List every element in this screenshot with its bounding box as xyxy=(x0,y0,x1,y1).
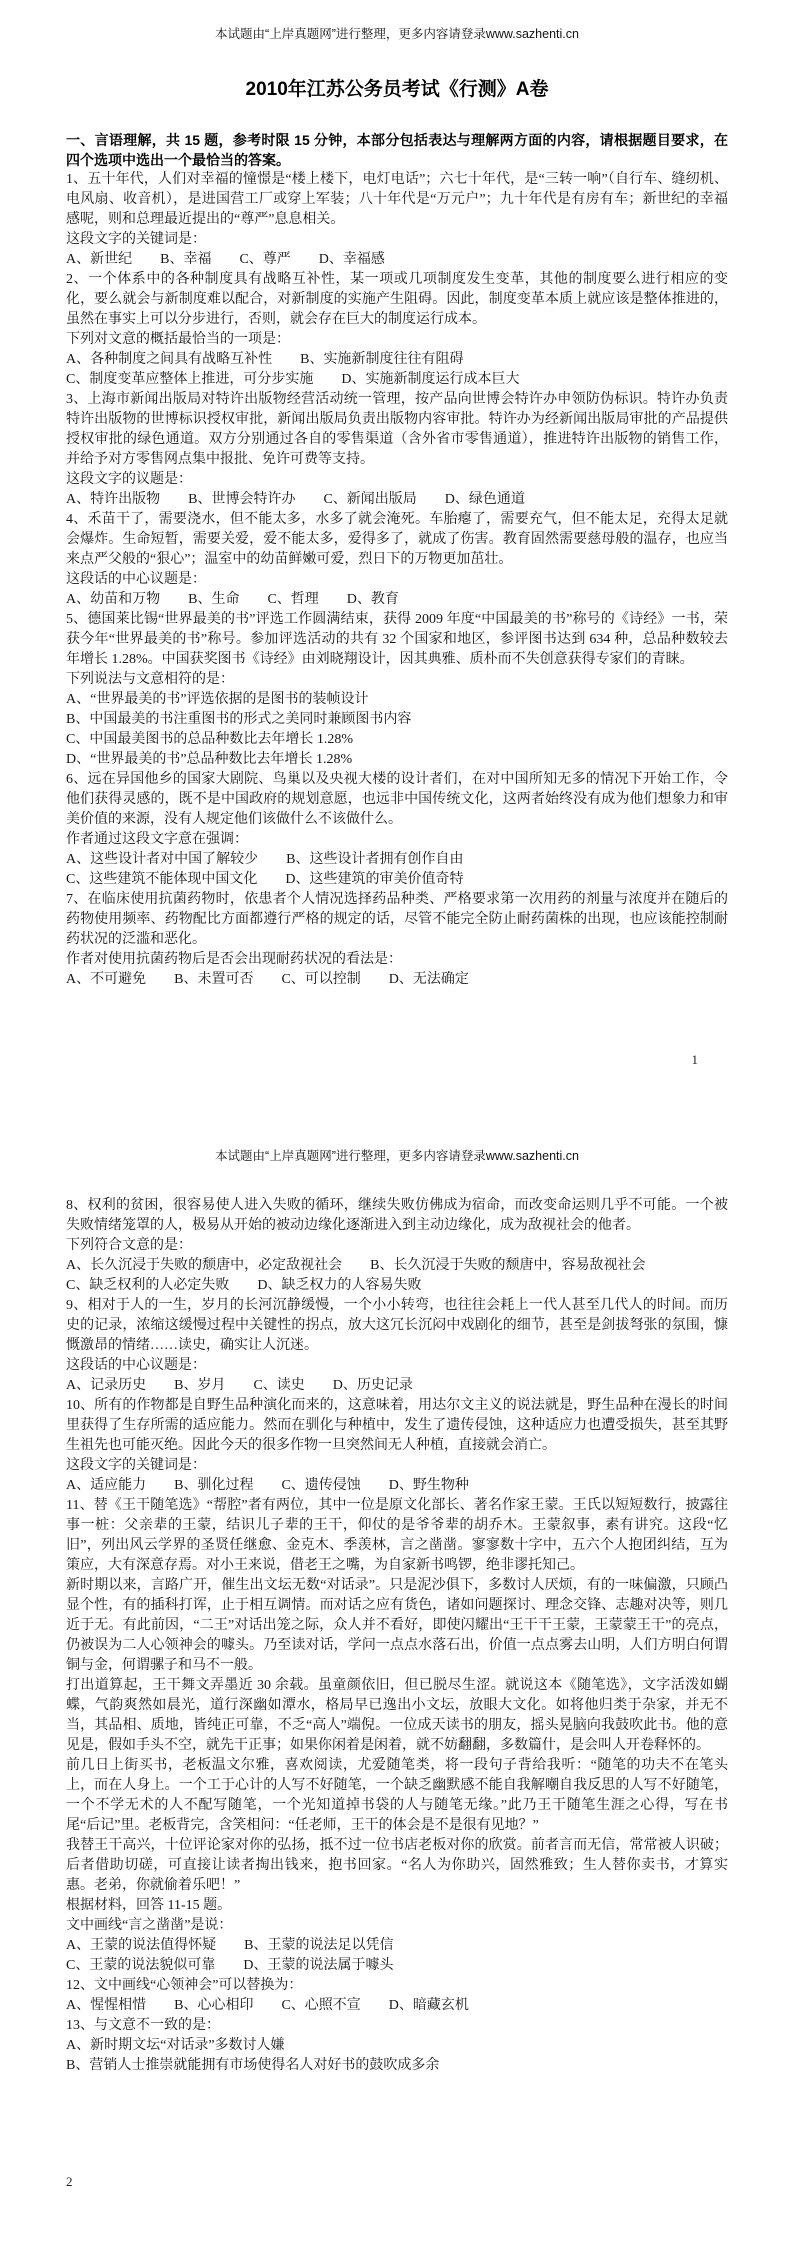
question-paragraph: 12、文中画线“心领神会”可以替换为： xyxy=(66,1976,728,1996)
answer-options-line: A、各种制度之间具有战略互补性 B、实施新制度往往有阻碍 xyxy=(66,350,728,370)
question-paragraph: 13、与文意不一致的是： xyxy=(66,2016,728,2036)
question-paragraph: 5、德国莱比锡“世界最美的书”评选工作圆满结束，获得 2009 年度“中国最美的… xyxy=(66,610,728,670)
answer-options-line: A、惺惺相惜 B、心心相印 C、心照不宣 D、暗藏玄机 xyxy=(66,1996,728,2016)
question-paragraph: 新时期以来，言路广开，催生出文坛无数“对话录”。只是泥沙俱下，多数讨人厌烦，有的… xyxy=(66,1576,728,1676)
answer-options-line: A、幼苗和万物 B、生命 C、哲理 D、教育 xyxy=(66,590,728,610)
question-paragraph: 下列对文意的概括最恰当的一项是： xyxy=(66,330,728,350)
question-paragraph: 这段文字的关键词是： xyxy=(66,1456,728,1476)
answer-options-line: A、特许出版物 B、世博会特许办 C、新闻出版局 D、绿色通道 xyxy=(66,490,728,510)
page-content: 8、权利的贫困，很容易使人进入失败的循环，继续失败仿佛成为宿命，而改变命运则几乎… xyxy=(66,1196,728,2076)
question-paragraph: 文中画线“言之凿凿”是说： xyxy=(66,1916,728,1936)
question-paragraph: 1、五十年代，人们对幸福的憧憬是“楼上楼下，电灯电话”；六七十年代，是“三转一响… xyxy=(66,170,728,230)
page-content: 一、言语理解，共 15 题，参考时限 15 分钟，本部分包括表达与理解两方面的内… xyxy=(66,130,728,990)
answer-options-line: C、制度变革应整体上推进，可分步实施 D、实施新制度运行成本巨大 xyxy=(66,370,728,390)
question-paragraph: 打出道算起，王干舞文弄墨近 30 余载。虽童颜依旧，但已脱尽生涩。就说这本《随笔… xyxy=(66,1676,728,1756)
question-paragraph: 9、相对于人的一生，岁月的长河沉静缓慢，一个小小转弯，也往往会耗上一代人甚至几代… xyxy=(66,1296,728,1356)
question-paragraph: 作者对使用抗菌药物后是否会出现耐药状况的看法是： xyxy=(66,950,728,970)
question-paragraph: 7、在临床使用抗菌药物时，依患者个人情况选择药品种类、严格要求第一次用药的剂量与… xyxy=(66,890,728,950)
question-paragraph: 这段文字的关键词是： xyxy=(66,230,728,250)
question-paragraph: 下列符合文意的是： xyxy=(66,1236,728,1256)
question-paragraph: 这段话的中心议题是： xyxy=(66,570,728,590)
watermark-text: 本试题由“上岸真题网”进行整理，更多内容请登录www.sazhenti.cn xyxy=(0,0,794,42)
question-paragraph: 我替王干高兴，十位评论家对你的弘扬，抵不过一位书店老板对你的欣赏。前者言而无信，… xyxy=(66,1836,728,1896)
question-paragraph: 作者通过这段文字意在强调： xyxy=(66,830,728,850)
question-paragraph: 一、言语理解，共 15 题，参考时限 15 分钟，本部分包括表达与理解两方面的内… xyxy=(66,130,728,170)
page-number: 1 xyxy=(692,1052,699,1068)
answer-options-line: A、新时期文坛“对话录”多数讨人嫌 xyxy=(66,2036,728,2056)
question-paragraph: 10、所有的作物都是自野生品种演化而来的，这意味着，用达尔文主义的说法就是，野生… xyxy=(66,1396,728,1456)
question-paragraph: 6、远在异国他乡的国家大剧院、鸟巢以及央视大楼的设计者们，在对中国所知无多的情况… xyxy=(66,770,728,830)
answer-options-line: A、王蒙的说法值得怀疑 B、王蒙的说法足以凭信 xyxy=(66,1936,728,1956)
question-paragraph: 3、上海市新闻出版局对特许出版物经营活动统一管理，按产品向世博会特许办申领防伪标… xyxy=(66,390,728,470)
answer-options-line: C、中国最美图书的总品种数比去年增长 1.28% xyxy=(66,730,728,750)
answer-options-line: A、不可避免 B、未置可否 C、可以控制 D、无法确定 xyxy=(66,970,728,990)
answer-options-line: A、长久沉浸于失败的颓唐中，必定敌视社会 B、长久沉浸于失败的颓唐中，容易敌视社… xyxy=(66,1256,728,1276)
question-paragraph: 2、一个体系中的各种制度具有战略互补性，某一项或几项制度发生变革，其他的制度要么… xyxy=(66,270,728,330)
exam-page-2: 本试题由“上岸真题网”进行整理，更多内容请登录www.sazhenti.cn 8… xyxy=(0,1122,794,2244)
answer-options-line: B、营销人士推崇就能拥有市场使得名人对好书的鼓吹成多余 xyxy=(66,2056,728,2076)
exam-page-1: 本试题由“上岸真题网”进行整理，更多内容请登录www.sazhenti.cn 2… xyxy=(0,0,794,1122)
answer-options-line: C、这些建筑不能体现中国文化 D、这些建筑的审美价值奇特 xyxy=(66,870,728,890)
answer-options-line: A、新世纪 B、幸福 C、尊严 D、幸福感 xyxy=(66,250,728,270)
question-paragraph: 根据材料，回答 11-15 题。 xyxy=(66,1896,728,1916)
answer-options-line: A、适应能力 B、驯化过程 C、遗传侵蚀 D、野生物种 xyxy=(66,1476,728,1496)
watermark-text: 本试题由“上岸真题网”进行整理，更多内容请登录www.sazhenti.cn xyxy=(0,1122,794,1164)
page-number: 2 xyxy=(66,2174,73,2190)
answer-options-line: A、“世界最美的书”评选依据的是图书的装帧设计 xyxy=(66,690,728,710)
answer-options-line: A、记录历史 B、岁月 C、读史 D、历史记录 xyxy=(66,1376,728,1396)
answer-options-line: C、王蒙的说法貌似可靠 D、王蒙的说法属于噱头 xyxy=(66,1956,728,1976)
answer-options-line: D、“世界最美的书”总品种数比去年增长 1.28% xyxy=(66,750,728,770)
question-paragraph: 4、禾苗干了，需要浇水，但不能太多，水多了就会淹死。车胎瘪了，需要充气，但不能太… xyxy=(66,510,728,570)
question-paragraph: 这段文字的议题是： xyxy=(66,470,728,490)
question-paragraph: 下列说法与文意相符的是： xyxy=(66,670,728,690)
question-paragraph: 这段话的中心议题是： xyxy=(66,1356,728,1376)
page-title: 2010年江苏公务员考试《行测》A卷 xyxy=(0,74,794,101)
answer-options-line: B、中国最美的书注重图书的形式之美同时兼顾图书内容 xyxy=(66,710,728,730)
question-paragraph: 11、替《王干随笔选》“帮腔”者有两位，其中一位是原文化部长、著名作家王蒙。王氏… xyxy=(66,1496,728,1576)
answer-options-line: C、缺乏权利的人必定失败 D、缺乏权力的人容易失败 xyxy=(66,1276,728,1296)
answer-options-line: A、这些设计者对中国了解较少 B、这些设计者拥有创作自由 xyxy=(66,850,728,870)
question-paragraph: 前几日上街买书，老板温文尔雅，喜欢阅读，尤爱随笔类，将一段句子背给我听：“随笔的… xyxy=(66,1756,728,1836)
question-paragraph: 8、权利的贫困，很容易使人进入失败的循环，继续失败仿佛成为宿命，而改变命运则几乎… xyxy=(66,1196,728,1236)
